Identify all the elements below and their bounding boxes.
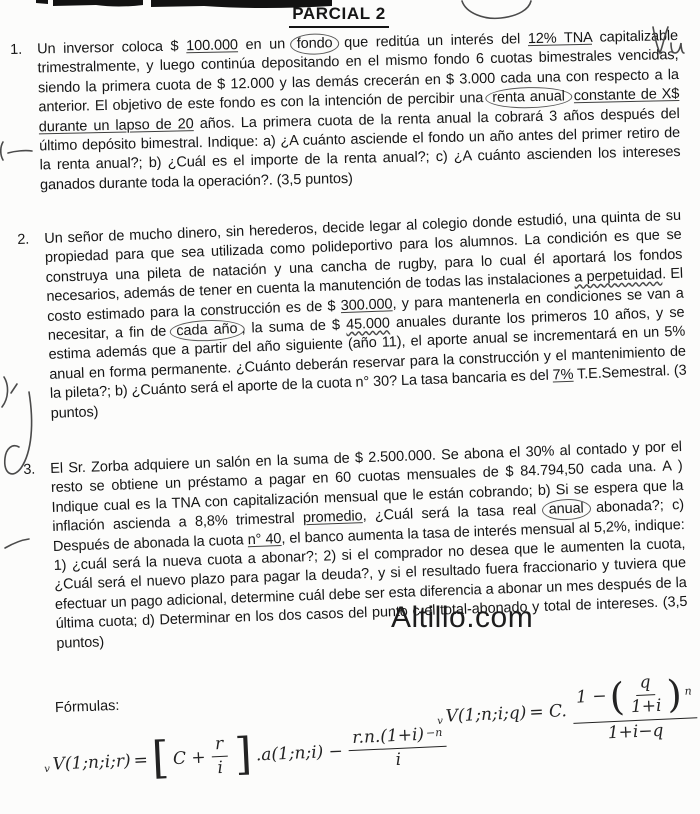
formula-2-lhs: V(1;n;i;q) [445,703,527,727]
formula-2: vV(1;n;i;q) = C. 1 − ( q 1+i ) n 1+i−q [435,670,700,752]
formula-1-equals: = [133,750,148,771]
fraction-r-over-i: r i [211,734,229,780]
text-segment: que reditúa un interés del [336,31,528,51]
fraction-denominator: 1+i [630,695,661,719]
text-segment: fondo [290,33,340,55]
text-segment: 7% [552,367,573,384]
fraction-denominator: 1+i−q [607,719,664,744]
open-paren: ( [609,680,625,713]
text-segment: cada año [169,319,245,343]
formula-1-subscript: v [44,764,50,775]
text-segment: , ¿Cuál será la tasa real [362,502,545,524]
close-bracket: ] [234,736,253,774]
text-segment: 45.000 [346,315,390,333]
formula-1-c-term: C + [173,747,207,768]
margin-paren-problem1 [1,142,3,160]
problem-item: 3.El Sr. Zorba adquiere un salón en la s… [23,438,688,655]
fraction-numerator: r [215,734,224,756]
text-segment: , la suma de $ [241,317,346,337]
fraction-numerator: q [639,672,651,694]
numerator-one-minus: 1 − [576,686,607,709]
problem-text: Un inversor coloca $ 100.000 en un fondo… [37,27,681,196]
problem-item: 1.Un inversor coloca $ 100.000 en un fon… [10,27,681,196]
fraction-numerator: r.n.(1+i) [352,725,425,749]
text-segment: 100.000 [186,37,238,54]
text-segment: anual [541,498,591,521]
formulas-label: Fórmulas: [55,698,120,716]
text-segment: Un inversor coloca $ [37,38,186,57]
watermark-text: Altillo.com [391,601,533,635]
problem-text: El Sr. Zorba adquiere un salón en la sum… [50,438,688,654]
close-paren: ) [666,677,682,710]
problem-text: Un señor de mucho dinero, sin herederos,… [44,207,688,424]
formula-1-annuity-term: .a(1;n;i) − [255,741,343,765]
fraction-geometric: 1 − ( q 1+i ) n 1+i−q [571,670,698,745]
formula-1: vV(1;n;i;r) = [ C + r i ] .a(1;n;i) − r.… [43,724,451,788]
fraction-denominator: i [395,749,401,771]
formula-1-lhs: V(1;n;i;r) [52,751,131,775]
formula-2-equals: = C. [529,701,567,723]
text-segment: renta anual [485,86,572,109]
text-segment: 300.000 [340,296,392,314]
fraction-rn-term: r.n.(1+i)−n i [348,724,448,774]
text-segment: promedio [303,508,363,526]
open-bracket: [ [151,739,170,777]
page-title: PARCIAL 2 [289,4,389,28]
fraction-denominator: i [217,757,223,779]
margin-tick-problem2 [11,384,17,393]
text-segment: en un [238,36,293,53]
scanned-exam-page: PARCIAL 2 1.Un inversor coloca $ 100.000… [0,0,700,814]
text-segment: a perpetuidad [574,267,662,286]
margin-paren-problem2 [2,377,8,407]
problem-item: 2.Un señor de mucho dinero, sin heredero… [17,207,688,425]
formula-2-subscript: v [437,716,443,727]
text-segment: n° 40 [247,531,281,548]
title-wrap: PARCIAL 2 [0,4,678,28]
problem-number: 1. [10,40,40,196]
exponent: n [684,684,692,698]
text-segment: 12% TNA [528,30,592,47]
fraction-q-over-1plusi: q 1+i [629,672,662,719]
